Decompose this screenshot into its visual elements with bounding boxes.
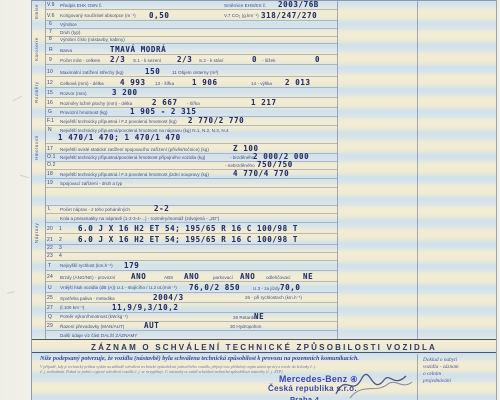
row-12-dimensions: 12 Celková (mm) - délka 4 993 13 - šířka… — [46, 77, 337, 88]
row-number: 23 — [47, 253, 53, 259]
row-21-tyres-axle2: 21 2 6.0 J X 16 H2 ET 54; 195/65 R 16 C … — [46, 234, 337, 245]
row-number: 15 — [47, 90, 53, 96]
row-number: 22 — [47, 245, 53, 251]
label: Další údaje viz část DALŠÍ ZÁZNAMY — [60, 333, 137, 338]
section-label-emise: Emise — [34, 3, 44, 20]
label: 14 - výška — [251, 81, 272, 86]
row-u-noise: U Vnější hluk vozidla (dB (A)) U.1 - sto… — [46, 282, 337, 293]
label: Směrnice EHS/ES č. — [224, 3, 266, 8]
row-t-max-speed: T Nejvyšší rychlost (km.h⁻¹) 179 — [46, 261, 337, 271]
label: S.1 - k sezení — [133, 58, 161, 63]
label: Řazení převodovky (MAN/AUT) — [60, 324, 124, 329]
value: 3 200 — [112, 88, 138, 97]
grid-line-right-col — [417, 1, 418, 339]
label: Maximální zatížení střechy (kg) — [60, 70, 124, 75]
label: Nejvyšší rychlost (km.h⁻¹) — [60, 263, 113, 269]
axle-number: 3 — [59, 245, 62, 251]
label: Největší technicky přípustná/povolená hm… — [60, 155, 205, 160]
axle-number: 1 — [59, 226, 62, 232]
row-number: V.6 — [47, 13, 55, 19]
row-number: N — [48, 127, 52, 133]
value: 0 — [252, 55, 257, 64]
label: Největší technicky přípustná / F.2 povol… — [60, 119, 177, 124]
row-n-axle-weights: N Největší technicky přípustná/povolená … — [46, 126, 337, 144]
row-number: 8 — [49, 36, 52, 42]
row-number: 16 — [47, 100, 53, 106]
section-label-hmotnosti: Hmotnosti — [34, 109, 44, 187]
row-number: 6 — [49, 21, 52, 27]
row-15-wheelbase: 15 Rozvor (mm) 3 200 — [46, 88, 337, 98]
value: 179 — [124, 261, 139, 270]
value: 318/247/270 — [261, 11, 317, 20]
label: 30 Hydropohon — [230, 324, 261, 329]
row-number: V.9 — [47, 2, 55, 8]
value: 4 993 — [120, 78, 146, 87]
value: 76,0/2 850 — [189, 283, 240, 292]
row-number: 20 — [47, 226, 53, 232]
value: 2/3 — [177, 55, 192, 64]
label: (l.100 km⁻¹) — [60, 305, 84, 311]
value: 2-2 — [154, 204, 169, 213]
pencil-mark — [12, 95, 22, 101]
value: 2 667 — [152, 98, 178, 107]
row-number: L — [48, 206, 51, 212]
row-v6: V.6 Korigovaný součinitel absorpce (m⁻¹)… — [46, 10, 337, 21]
value: 0 — [315, 55, 320, 64]
row-7: 7 Druh (typ) — [46, 29, 337, 37]
section-label-karoserie: Karoserie — [34, 23, 44, 76]
value: 0,50 — [149, 11, 169, 20]
label: S.2 - k stání — [199, 58, 224, 63]
row-19-coupling-device: 19 Spojovací zařízení - druh a typ — [46, 179, 337, 188]
row-l-axle-count: L Počet náprav - z toho poháněných 2-2 — [46, 205, 337, 214]
row-18-combination-weight: 18 Největší technicky přípustná / F.3 po… — [46, 170, 337, 179]
row-number: 27 — [47, 305, 53, 311]
value: 2/3 — [110, 55, 125, 64]
value: 2004/3 — [153, 293, 184, 302]
label: - lůžek — [262, 58, 276, 63]
row-number: G — [48, 109, 52, 115]
value: 1 906 — [192, 78, 218, 87]
label: Kola a pneumatiky na nápravě (1-2-3-4-..… — [60, 216, 219, 221]
row-f1-max-weight: F.1 Největší technicky přípustná / F.2 p… — [46, 117, 337, 126]
row-number: F.1 — [47, 118, 54, 124]
label: Výrobce — [60, 22, 77, 27]
row-number: 9 — [49, 57, 52, 63]
value-color: TMAVÁ MODRÁ — [110, 45, 166, 54]
row-25-fuel-method: 25 Spotřeba paliva - metodika 2004/3 26 … — [46, 293, 337, 303]
row-number: O.1 — [47, 154, 56, 160]
label: Rozměry ložné plochy (mm) - délka — [60, 101, 132, 106]
value: NE — [303, 272, 313, 281]
acquisition-box-line: projednávání — [423, 378, 451, 384]
label: Největší svislé statické zatížení spojov… — [60, 147, 209, 152]
label: Druh (typ) — [60, 30, 80, 35]
row-6: 6 Výrobce — [46, 21, 337, 29]
row-number: 21 — [47, 237, 53, 243]
stamp-city: Praha 4 — [290, 395, 319, 400]
row-number: 7 — [49, 29, 52, 35]
value: 70,0 — [280, 283, 300, 292]
row-number: 25 — [47, 295, 53, 301]
value: 4 770/4 770 — [233, 169, 289, 178]
value: ANO — [184, 272, 199, 281]
row-q-power-ratio: Q Poměr výkon/hmotnost (kW.kg⁻¹) 28 Reta… — [46, 313, 337, 322]
label: U.3 - za jízdy — [253, 286, 280, 291]
label: Rozvor (mm) — [60, 91, 87, 96]
label: parkovací — [213, 275, 233, 280]
label: - brzděného — [230, 155, 255, 160]
label: Brzdy (ANO/NE) - provozní — [60, 275, 115, 280]
value: NE — [254, 312, 264, 321]
acquisition-box-line: o celním — [423, 371, 441, 377]
value-tyre-spec: 6.0 J X 16 H2 ET 54; 195/65 R 16 C 100/9… — [78, 235, 298, 244]
row-27-consumption: 27 (l.100 km⁻¹) 11,9/9,3/10,2 — [46, 303, 337, 313]
label: Vnější hluk vozidla (dB (A)) U.1 - stojí… — [60, 285, 177, 291]
value-tyre-spec: 6.0 J X 16 H2 ET 54; 195/65 R 16 C 100/9… — [78, 224, 298, 233]
section-label-napravy: Nápravy — [34, 206, 44, 260]
row-number: 29 — [47, 323, 53, 329]
label: Výrobní číslo (nástavby, kabiny) — [60, 37, 125, 42]
axle-number: 4 — [59, 253, 62, 259]
value: 11,9/9,3/10,2 — [112, 303, 179, 312]
label: Barva — [60, 48, 72, 53]
row-29-gearbox: 29 Řazení převodovky (MAN/AUT) AUT 30 Hy… — [46, 322, 337, 331]
value: 2 770/2 770 — [188, 116, 244, 125]
label: - šířka — [187, 101, 200, 106]
label: Největší technicky přípustná / F.3 povol… — [60, 172, 209, 177]
row-number: 12 — [47, 80, 53, 86]
acquisition-box-line: Doklad o nabytí — [423, 357, 457, 363]
row-number: 18 — [47, 171, 53, 177]
row-number: 24 — [47, 274, 53, 280]
label: 11 Objem cisterny (m³) — [172, 70, 218, 75]
pencil-mark — [20, 175, 29, 179]
value: ANO — [131, 272, 146, 281]
row-wheels-header: Kola a pneumatiky na nápravě (1-2-3-4-..… — [46, 214, 337, 223]
row-other-records-note: Další údaje viz část DALŠÍ ZÁZNAMY — [46, 331, 337, 339]
row-24-brakes: 24 Brzdy (ANO/NE) - provozní ANO ABS ANO… — [46, 271, 337, 282]
value: 1 217 — [251, 98, 277, 107]
row-o2-trailer-unbraked: O.2 - nebrzděného 750/750 — [46, 162, 337, 170]
value: AUT — [144, 321, 159, 330]
value: 150 — [145, 67, 160, 76]
label: Celková (mm) - délka — [60, 81, 104, 86]
row-number: T — [48, 263, 51, 269]
label: Předpis EHK OSN č. — [60, 3, 102, 8]
row-number: 10 — [47, 69, 53, 75]
pencil-mark — [7, 291, 15, 294]
label: Spojovací zařízení - druh a typ — [60, 181, 122, 186]
row-number: O.2 — [47, 162, 56, 168]
value: 1 905 - 2 315 — [130, 107, 197, 116]
value: 750/750 — [257, 160, 293, 169]
signature-scribble — [332, 368, 417, 400]
approval-section-title: ZÁZNAM O SCHVÁLENÍ TECHNICKÉ ZPŮSOBILOST… — [32, 339, 496, 353]
label: Počet míst - celkem — [60, 58, 100, 63]
label: Počet náprav - z toho poháněných — [60, 207, 130, 212]
registration-form: Emise Karoserie Rozměry Hmotnosti Náprav… — [31, 0, 497, 400]
row-number: U — [48, 285, 52, 291]
label: 13 - šířka — [155, 81, 174, 86]
label: odlehčovací — [266, 275, 291, 280]
label: ABS — [164, 275, 173, 280]
row-8: 8 Výrobní číslo (nástavby, kabiny) — [46, 37, 337, 44]
row-22-tyres-axle3: 22 3 — [46, 245, 337, 253]
row-o1-trailer-braked: O.1 Největší technicky přípustná/povolen… — [46, 154, 337, 162]
row-number: 19 — [47, 180, 53, 186]
label: Provozní hmotnost (kg) — [60, 110, 108, 115]
row-20-tyres-axle1: 20 1 6.0 J X 16 H2 ET 54; 195/65 R 16 C … — [46, 223, 337, 234]
row-10-roof-load: 10 Maximální zatížení střechy (kg) 150 1… — [46, 65, 337, 77]
acquisition-box-line: vozidla - záznam — [423, 364, 459, 370]
row-number: Q — [48, 314, 52, 320]
value: ANO — [240, 272, 255, 281]
value: 1 470/1 470; 1 470/1 470 — [58, 133, 181, 142]
label: 26 - při rychlostech (km.h⁻¹) — [245, 295, 302, 301]
scanned-vehicle-document: { "sections": { "emise": "Emise", "karos… — [0, 0, 500, 400]
value: 2003/76B — [278, 0, 319, 9]
label: Spotřeba paliva - metodika — [60, 296, 115, 301]
grid-line-mid — [337, 1, 338, 339]
label: V.7 CO₂ (g.km⁻¹) — [224, 13, 259, 19]
row-number: 17 — [47, 146, 53, 152]
label: Poměr výkon/hmotnost (kW.kg⁻¹) — [60, 314, 128, 320]
approval-statement: Níže podepsaný potvrzuje, že vozidlu (ná… — [40, 355, 420, 362]
label: - nebrzděného — [225, 163, 255, 168]
row-barva: R Barva TMAVÁ MODRÁ — [46, 44, 337, 55]
axle-number: 2 — [59, 237, 62, 243]
label: Korigovaný součinitel absorpce (m⁻¹) — [60, 13, 136, 19]
row-9-seats: 9 Počet míst - celkem 2/3 S.1 - k sezení… — [46, 55, 337, 65]
row-v9: V.9 Předpis EHK OSN č. Směrnice EHS/ES č… — [46, 1, 337, 10]
row-23-tyres-axle4: 23 4 — [46, 253, 337, 261]
row-number: R — [49, 47, 53, 53]
value: 2 013 — [285, 78, 311, 87]
section-label-rozmery: Rozměry — [34, 78, 44, 107]
